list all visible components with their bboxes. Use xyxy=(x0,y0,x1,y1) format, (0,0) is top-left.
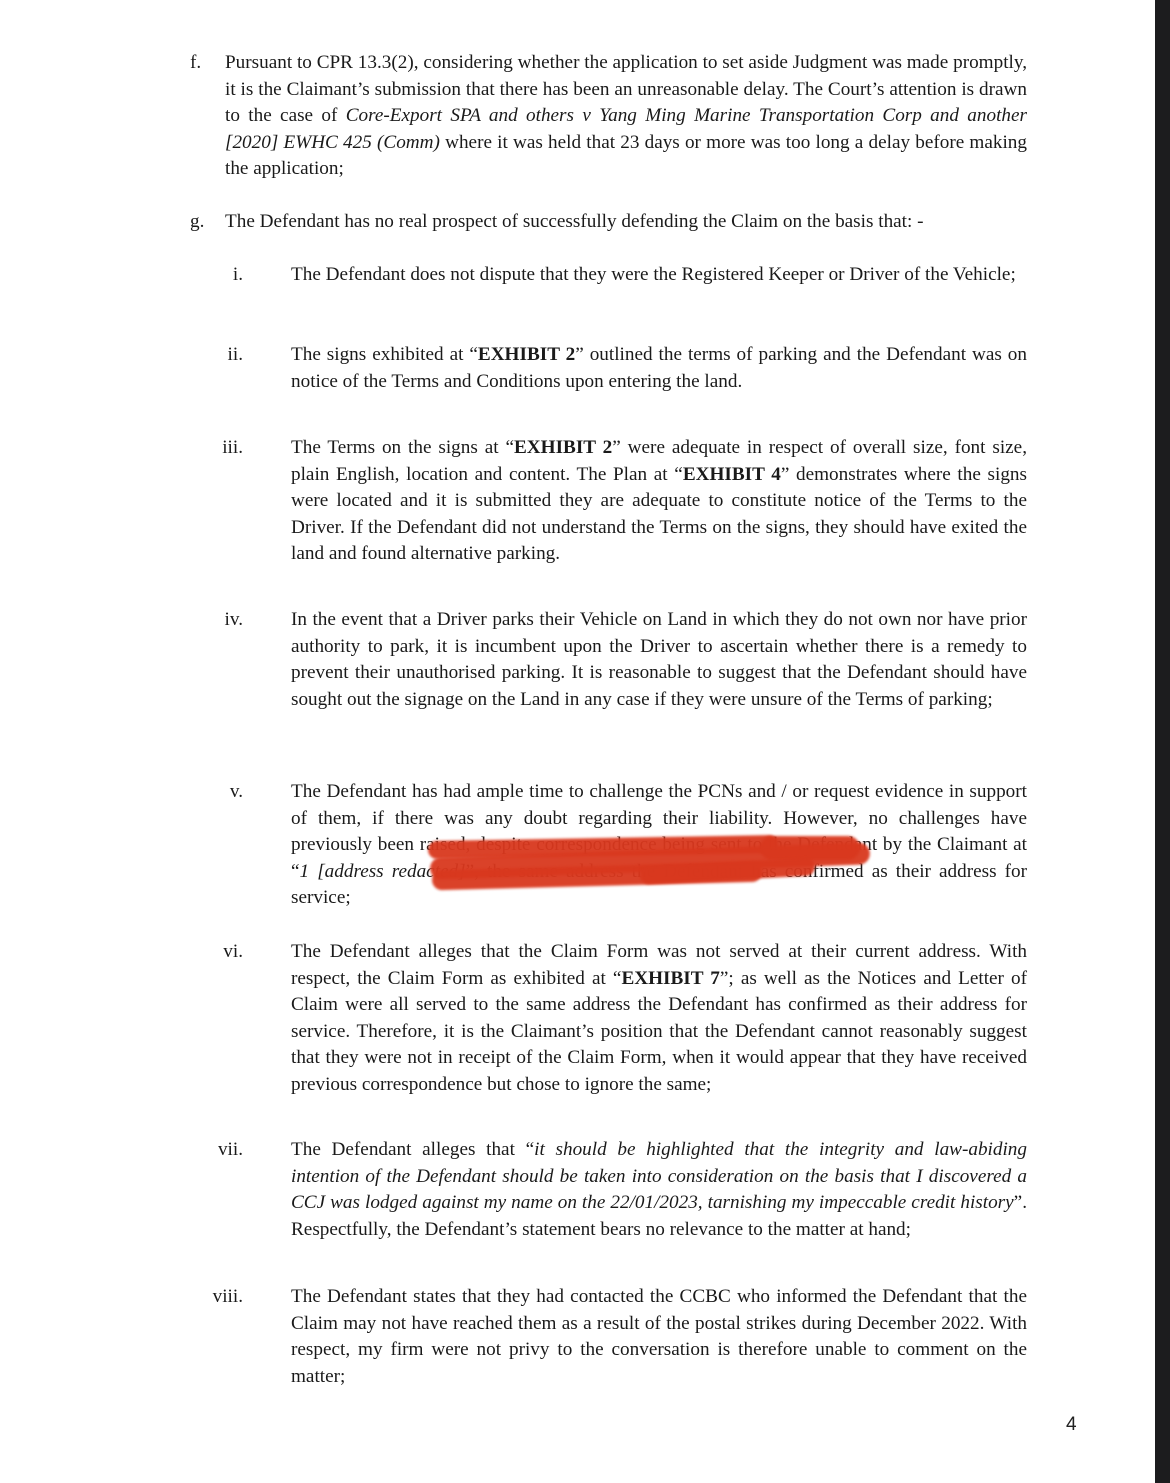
paragraph-label: f. xyxy=(190,50,201,77)
sub-item-label: iv. xyxy=(225,607,243,634)
sub-item-label: i. xyxy=(233,262,243,289)
paragraph-text: The Defendant has no real prospect of su… xyxy=(225,209,1027,236)
viewer-edge-bar xyxy=(1155,0,1170,1483)
sub-item-label: viii. xyxy=(213,1284,243,1311)
sub-item-label: iii. xyxy=(222,435,243,462)
sub-item-text: In the event that a Driver parks their V… xyxy=(291,607,1027,713)
sub-item-label: ii. xyxy=(228,342,243,369)
page-number: 4 xyxy=(1066,1414,1077,1436)
document-page: f. Pursuant to CPR 13.3(2), considering … xyxy=(0,0,1155,1483)
sub-item-label: v. xyxy=(230,779,243,806)
sub-item-text: The Defendant states that they had conta… xyxy=(291,1284,1027,1390)
sub-item-label: vi. xyxy=(223,939,243,966)
paragraph-text: Pursuant to CPR 13.3(2), considering whe… xyxy=(225,50,1027,183)
paragraph-label: g. xyxy=(190,209,204,236)
sub-item-text: The Defendant does not dispute that they… xyxy=(291,262,1027,289)
sub-item-label: vii. xyxy=(218,1137,243,1164)
sub-item-text: The Defendant alleges that “it should be… xyxy=(291,1137,1027,1243)
sub-item-text: The signs exhibited at “EXHIBIT 2” outli… xyxy=(291,342,1027,395)
sub-item-text: The Terms on the signs at “EXHIBIT 2” we… xyxy=(291,435,1027,568)
sub-item-text: The Defendant alleges that the Claim For… xyxy=(291,939,1027,1099)
